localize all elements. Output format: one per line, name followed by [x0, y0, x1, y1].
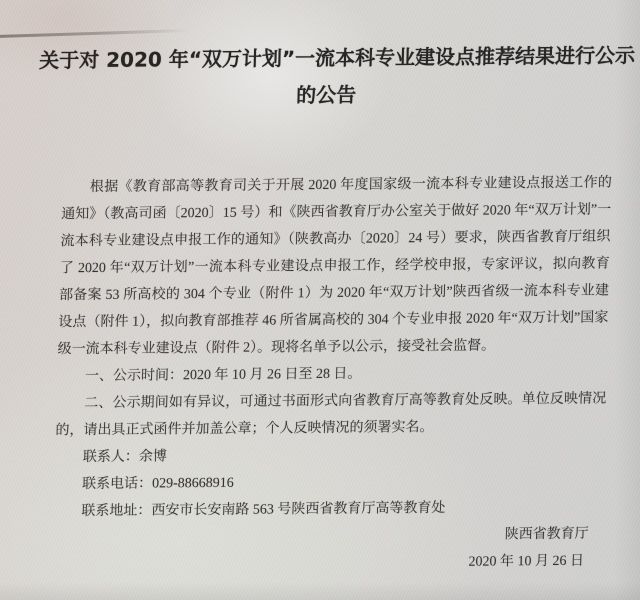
photo-background: 关于对 2020 年“双万计划”一流本科专业建设点推荐结果进行公示 的公告 根据… — [0, 0, 640, 600]
document-title: 关于对 2020 年“双万计划”一流本科专业建设点推荐结果进行公示 的公告 — [38, 37, 616, 116]
paragraph-basis: 根据《教育部高等教育司关于开展 2020 年度国家级一流本科专业建设点报送工作的… — [57, 169, 612, 363]
signature-date: 2020 年 10 月 26 日 — [52, 548, 603, 580]
title-line-2: 的公告 — [38, 74, 615, 116]
paragraph-objection: 二、公示期间如有异议，可通过书面形式向省教育厅高等教育处反映。单位反映情况的，请… — [55, 386, 606, 445]
title-line-1: 关于对 2020 年“双万计划”一流本科专业建设点推荐结果进行公示 — [39, 37, 616, 79]
document-body: 根据《教育部高等教育司关于开展 2020 年度国家级一流本科专业建设点报送工作的… — [52, 169, 613, 579]
announcement-document: 关于对 2020 年“双万计划”一流本科专业建设点推荐结果进行公示 的公告 根据… — [0, 0, 640, 600]
